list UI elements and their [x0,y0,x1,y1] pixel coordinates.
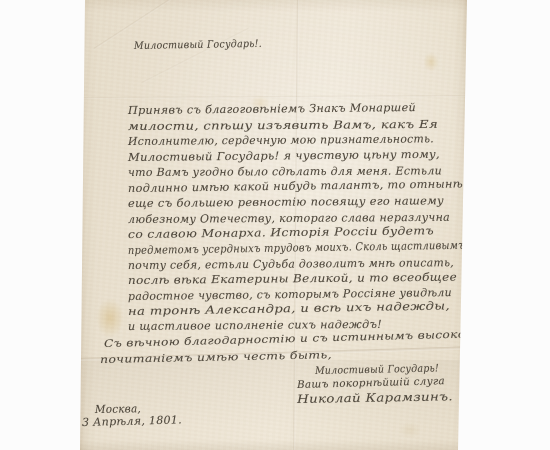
letter-line: Исполнителю, сердечную мою признательнос… [128,133,434,148]
letter-line: Милостивый Государь! я чувствую цѣну том… [128,149,440,164]
letter-line: на тронѣ Александра, и всѣ ихъ надежды, [128,300,450,318]
letter-line: еще съ большею ревностію посвящу его наш… [128,195,444,210]
closing-line: почитаніемъ имѣю честь быть, [100,349,332,366]
letter-line: послѣ вѣка Екатерины Великой, и то всеоб… [128,272,457,287]
letter-line: предметомъ усердныхъ трудовъ моихъ. Скол… [128,240,465,257]
valediction-role: Вашъ покорнѣйшій слуга [297,375,445,391]
salutation-line: Милостивый Государь!. [134,38,262,52]
letter-line: почту себя, естьли Судьба дозволитъ мнѣ … [128,257,454,272]
letter-line: что Вамъ угодно было сдѣлать для меня. Е… [128,165,442,179]
letter-line: Принявъ съ благоговѣніемъ Знакъ Монаршей [128,102,416,117]
letter-paper: Милостивый Государь!. Принявъ съ благого… [80,0,467,450]
letter-line: подлинно имѣю какой нибудь талантъ, то о… [128,178,463,195]
letter-photograph: Милостивый Государь!. Принявъ съ благого… [0,0,550,450]
signature-name: Николай Карамзинъ. [297,390,453,405]
upper-fold-crease [80,95,467,99]
letter-line: со славою Монарха. Исторія Россіи будетъ [128,225,434,241]
corner-fold-crease-2 [142,28,250,84]
letter-line: милости, спѣшу изъявить Вамъ, какъ Ея [128,119,438,133]
date-line: 3 Апрѣля, 1801. [82,414,182,429]
